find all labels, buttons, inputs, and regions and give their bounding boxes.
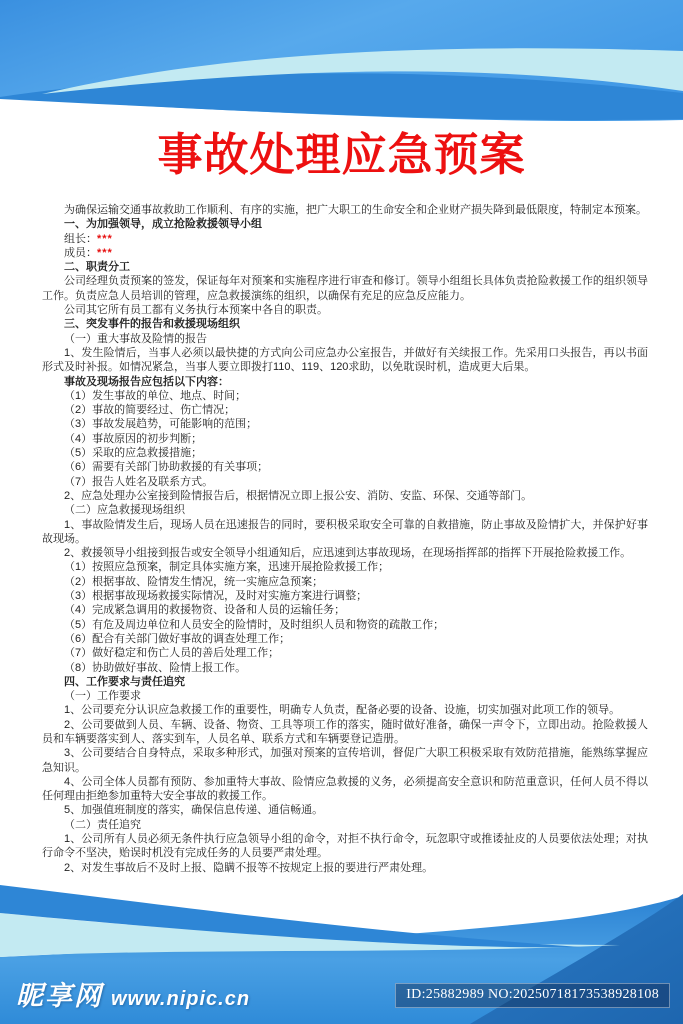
paragraph: （3）事故发展趋势，可能影响的范围； bbox=[42, 417, 648, 431]
paragraph: （二）应急救援现场组织 bbox=[42, 503, 648, 517]
paragraph: 1、公司所有人员必须无条件执行应急领导小组的命令，对拒不执行命令，玩忽职守或推诿… bbox=[42, 832, 648, 861]
paragraph: 1、事故险情发生后，现场人员在迅速报告的同时，要积极采取安全可靠的自救措施，防止… bbox=[42, 518, 648, 547]
paragraph: （6）配合有关部门做好事故的调查处理工作； bbox=[42, 632, 648, 646]
paragraph: 5、加强值班制度的落实，确保信息传递、通信畅通。 bbox=[42, 803, 648, 817]
paragraph: 1、发生险情后，当事人必须以最快捷的方式向公司应急办公室报告，并做好有关续报工作… bbox=[42, 346, 648, 375]
paragraph: （4）事故原因的初步判断； bbox=[42, 432, 648, 446]
paragraph: 一、为加强领导，成立抢险救援领导小组 bbox=[42, 217, 648, 231]
paragraph: 事故及现场报告应包括以下内容： bbox=[42, 375, 648, 389]
paragraph: （3）根据事故现场救援实际情况，及时对实施方案进行调整； bbox=[42, 589, 648, 603]
paragraph: 成员：*** bbox=[42, 246, 648, 260]
paragraph: 2、对发生事故后不及时上报、隐瞒不报等不按规定上报的要进行严肃处理。 bbox=[42, 861, 648, 875]
page-title: 事故处理应急预案 bbox=[0, 118, 683, 183]
id-badge: ID:25882989 NO:20250718173538928108 bbox=[395, 983, 670, 1008]
paragraph: 组长：*** bbox=[42, 232, 648, 246]
site-url: www.nipic.cn bbox=[111, 988, 250, 1010]
paragraph: （7）报告人姓名及联系方式。 bbox=[42, 475, 648, 489]
document-body: 为确保运输交通事故救助工作顺利、有序的实施，把广大职工的生命安全和企业财产损失降… bbox=[42, 203, 648, 875]
paragraph: 二、职责分工 bbox=[42, 260, 648, 274]
paragraph: 1、公司要充分认识应急救援工作的重要性，明确专人负责，配备必要的设备、设施，切实… bbox=[42, 703, 648, 717]
bottom-cyan-band bbox=[0, 913, 620, 957]
paragraph: 4、公司全体人员都有预防、参加重特大事故、险情应急救援的义务，必须提高安全意识和… bbox=[42, 775, 648, 804]
paragraph: （1）发生事故的单位、地点、时间； bbox=[42, 389, 648, 403]
paragraph: （6）需要有关部门协助救援的有关事项； bbox=[42, 460, 648, 474]
paragraph: （2）根据事故、险情发生情况，统一实施应急预案； bbox=[42, 575, 648, 589]
site-logo: 昵享网www.nipic.cn bbox=[16, 974, 250, 1013]
paragraph: 2、公司要做到人员、车辆、设备、物资、工具等项工作的落实，随时做好准备，确保一声… bbox=[42, 718, 648, 747]
paragraph: （2）事故的简要经过、伤亡情况； bbox=[42, 403, 648, 417]
top-cyan-band bbox=[42, 48, 683, 94]
paragraph: 2、救援领导小组接到报告或安全领导小组通知后，应迅速到达事故现场，在现场指挥部的… bbox=[42, 546, 648, 560]
site-logo-text: 昵享网 bbox=[16, 981, 103, 1011]
redacted-stars: *** bbox=[97, 247, 113, 259]
paragraph: 公司其它所有员工都有义务执行本预案中各自的职责。 bbox=[42, 303, 648, 317]
paragraph: （4）完成紧急调用的救援物资、设备和人员的运输任务； bbox=[42, 603, 648, 617]
paragraph: （5）有危及周边单位和人员安全的险情时，及时组织人员和物资的疏散工作； bbox=[42, 618, 648, 632]
redacted-stars: *** bbox=[97, 233, 113, 245]
poster-page: 事故处理应急预案 为确保运输交通事故救助工作顺利、有序的实施，把广大职工的生命安… bbox=[0, 0, 683, 1024]
paragraph: （7）做好稳定和伤亡人员的善后处理工作； bbox=[42, 646, 648, 660]
bottom-mid-blue-band bbox=[0, 885, 580, 947]
paragraph: 2、应急处理办公室接到险情报告后，根据情况立即上报公安、消防、安监、环保、交通等… bbox=[42, 489, 648, 503]
paragraph: （一）工作要求 bbox=[42, 689, 648, 703]
paragraph: 公司经理负责预案的签发，保证每年对预案和实施程序进行审查和修订。领导小组组长具体… bbox=[42, 274, 648, 303]
paragraph: （1）按照应急预案，制定具体实施方案，迅速开展抢险救援工作； bbox=[42, 560, 648, 574]
top-mid-blue-band bbox=[0, 73, 683, 120]
paragraph: 三、突发事件的报告和救援现场组织 bbox=[42, 317, 648, 331]
paragraph: 3、公司要结合自身特点，采取多种形式，加强对预案的宣传培训，督促广大职工积极采取… bbox=[42, 746, 648, 775]
paragraph: 为确保运输交通事故救助工作顺利、有序的实施，把广大职工的生命安全和企业财产损失降… bbox=[42, 203, 648, 217]
paragraph: （8）协助做好事故、险情上报工作。 bbox=[42, 661, 648, 675]
paragraph: （一）重大事故及险情的报告 bbox=[42, 332, 648, 346]
paragraph: （5）采取的应急救援措施； bbox=[42, 446, 648, 460]
paragraph: （二）责任追究 bbox=[42, 818, 648, 832]
paragraph: 四、工作要求与责任追究 bbox=[42, 675, 648, 689]
